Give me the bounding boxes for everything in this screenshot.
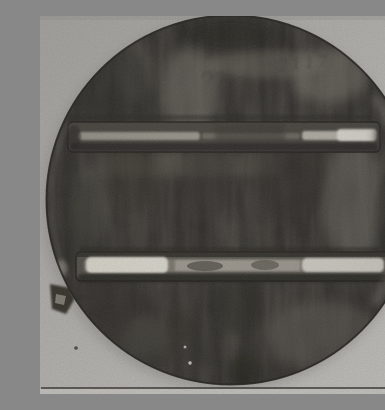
photograph: Reverse side of a large circular wooden …: [40, 16, 385, 394]
photo-canvas: 2117: [40, 16, 385, 394]
film-grain-light: [40, 16, 385, 394]
